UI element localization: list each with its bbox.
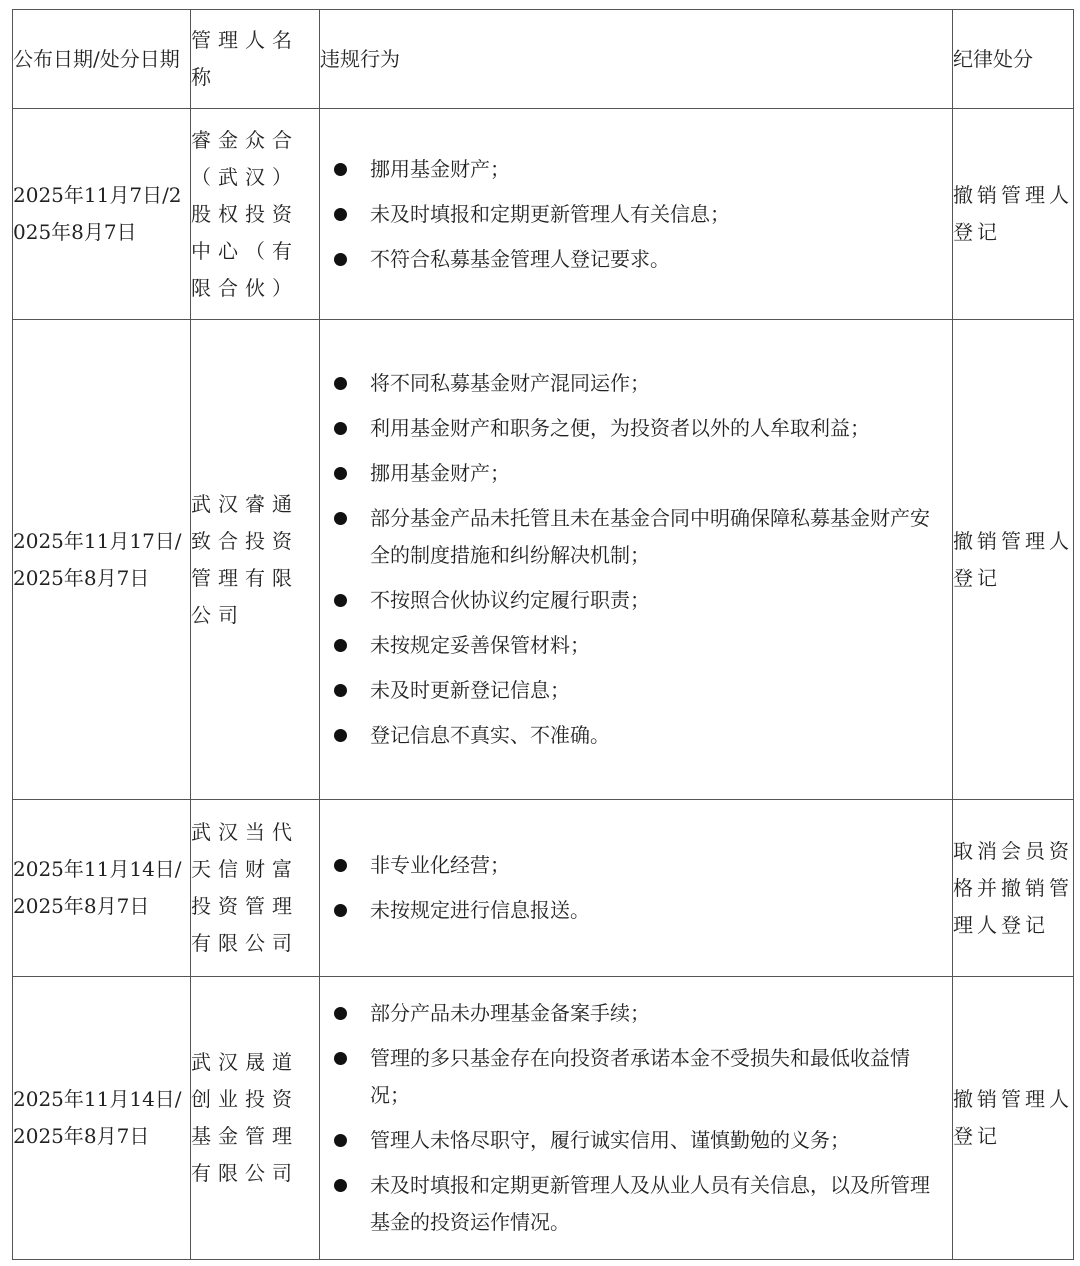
- bullet-icon: [334, 467, 347, 480]
- violation-item: 非专业化经营；: [332, 847, 942, 884]
- header-penalty: 纪律处分: [953, 10, 1074, 109]
- date-cell: 2025年11月14日/2025年8月7日: [13, 977, 191, 1260]
- table-row: 2025年11月14日/2025年8月7日 武汉晟道创业投资基金管理有限公司 部…: [13, 977, 1074, 1260]
- bullet-icon: [334, 512, 347, 525]
- bullet-icon: [334, 1052, 347, 1065]
- bullet-icon: [334, 639, 347, 652]
- date-cell: 2025年11月14日/2025年8月7日: [13, 800, 191, 977]
- violation-item: 部分基金产品未托管且未在基金合同中明确保障私募基金财产安全的制度措施和纠纷解决机…: [332, 500, 942, 574]
- bullet-icon: [334, 729, 347, 742]
- date-cell: 2025年11月17日/2025年8月7日: [13, 320, 191, 800]
- violations-cell: 部分产品未办理基金备案手续； 管理的多只基金存在向投资者承诺本金不受损失和最低收…: [320, 977, 953, 1260]
- violation-item: 未及时填报和定期更新管理人有关信息；: [332, 196, 942, 233]
- violation-item: 挪用基金财产；: [332, 151, 942, 188]
- bullet-icon: [334, 208, 347, 221]
- bullet-icon: [334, 1179, 347, 1192]
- violation-item: 部分产品未办理基金备案手续；: [332, 995, 942, 1032]
- violation-item: 管理的多只基金存在向投资者承诺本金不受损失和最低收益情况；: [332, 1040, 942, 1114]
- violations-cell: 非专业化经营； 未按规定进行信息报送。: [320, 800, 953, 977]
- bullet-icon: [334, 253, 347, 266]
- violation-item: 挪用基金财产；: [332, 455, 942, 492]
- violation-item: 未及时填报和定期更新管理人及从业人员有关信息，以及所管理基金的投资运作情况。: [332, 1167, 942, 1241]
- violation-item: 登记信息不真实、不准确。: [332, 717, 942, 754]
- header-row: 公布日期/处分日期 管理人名称 违规行为 纪律处分: [13, 10, 1074, 109]
- violation-item: 将不同私募基金财产混同运作；: [332, 365, 942, 402]
- header-violations: 违规行为: [320, 10, 953, 109]
- violations-list: 挪用基金财产； 未及时填报和定期更新管理人有关信息； 不符合私募基金管理人登记要…: [320, 151, 952, 278]
- discipline-table: 公布日期/处分日期 管理人名称 违规行为 纪律处分 2025年11月7日/202…: [12, 9, 1074, 1260]
- bullet-icon: [334, 1134, 347, 1147]
- penalty-cell: 撤销管理人登记: [953, 977, 1074, 1260]
- date-cell: 2025年11月7日/2025年8月7日: [13, 109, 191, 320]
- violation-item: 利用基金财产和职务之便，为投资者以外的人牟取利益；: [332, 410, 942, 447]
- violations-list: 将不同私募基金财产混同运作； 利用基金财产和职务之便，为投资者以外的人牟取利益；…: [320, 365, 952, 754]
- bullet-icon: [334, 1007, 347, 1020]
- manager-cell: 武汉晟道创业投资基金管理有限公司: [191, 977, 320, 1260]
- header-date: 公布日期/处分日期: [13, 10, 191, 109]
- bullet-icon: [334, 594, 347, 607]
- table-row: 2025年11月14日/2025年8月7日 武汉当代天信财富投资管理有限公司 非…: [13, 800, 1074, 977]
- manager-cell: 武汉睿通致合投资管理有限公司: [191, 320, 320, 800]
- violation-item: 未按规定进行信息报送。: [332, 892, 942, 929]
- bullet-icon: [334, 684, 347, 697]
- violation-item: 不按照合伙协议约定履行职责；: [332, 582, 942, 619]
- table-row: 2025年11月7日/2025年8月7日 睿金众合（武汉）股权投资中心（有限合伙…: [13, 109, 1074, 320]
- violation-item: 不符合私募基金管理人登记要求。: [332, 241, 942, 278]
- violation-item: 未按规定妥善保管材料；: [332, 627, 942, 664]
- violation-item: 管理人未恪尽职守，履行诚实信用、谨慎勤勉的义务；: [332, 1122, 942, 1159]
- manager-cell: 武汉当代天信财富投资管理有限公司: [191, 800, 320, 977]
- violations-list: 部分产品未办理基金备案手续； 管理的多只基金存在向投资者承诺本金不受损失和最低收…: [320, 995, 952, 1241]
- violation-item: 未及时更新登记信息；: [332, 672, 942, 709]
- manager-cell: 睿金众合（武汉）股权投资中心（有限合伙）: [191, 109, 320, 320]
- bullet-icon: [334, 163, 347, 176]
- penalty-cell: 取消会员资格并撤销管理人登记: [953, 800, 1074, 977]
- bullet-icon: [334, 859, 347, 872]
- penalty-cell: 撤销管理人登记: [953, 320, 1074, 800]
- bullet-icon: [334, 904, 347, 917]
- violations-list: 非专业化经营； 未按规定进行信息报送。: [320, 847, 952, 929]
- bullet-icon: [334, 377, 347, 390]
- bullet-icon: [334, 422, 347, 435]
- violations-cell: 挪用基金财产； 未及时填报和定期更新管理人有关信息； 不符合私募基金管理人登记要…: [320, 109, 953, 320]
- table-row: 2025年11月17日/2025年8月7日 武汉睿通致合投资管理有限公司 将不同…: [13, 320, 1074, 800]
- violations-cell: 将不同私募基金财产混同运作； 利用基金财产和职务之便，为投资者以外的人牟取利益；…: [320, 320, 953, 800]
- header-manager: 管理人名称: [191, 10, 320, 109]
- penalty-cell: 撤销管理人登记: [953, 109, 1074, 320]
